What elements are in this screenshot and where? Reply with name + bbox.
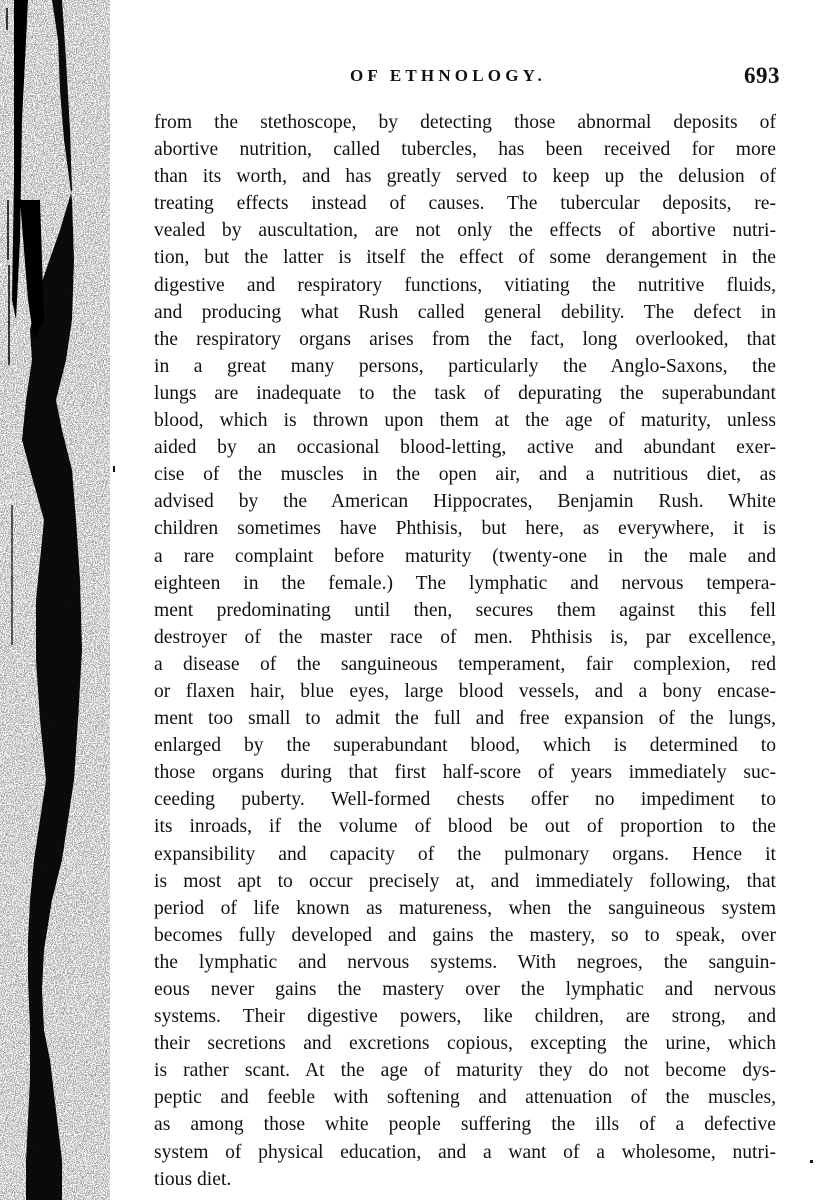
text-line: eighteen in the female.) The lymphatic a… <box>154 570 776 597</box>
text-line: aided by an occasional blood-letting, ac… <box>154 434 776 461</box>
text-line: eous never gains the mastery over the ly… <box>154 976 776 1003</box>
text-line: and producing what Rush called general d… <box>154 299 776 326</box>
text-line: digestive and respiratory functions, vit… <box>154 272 776 299</box>
text-line: vealed by auscultation, are not only the… <box>154 217 776 244</box>
text-line: tion, but the latter is itself the effec… <box>154 244 776 271</box>
text-line: the respiratory organs arises from the f… <box>154 326 776 353</box>
text-line: than its worth, and has greatly served t… <box>154 163 776 190</box>
text-line: cise of the muscles in the open air, and… <box>154 461 776 488</box>
page-header: OF ETHNOLOGY. 693 <box>152 66 780 96</box>
text-line: becomes fully developed and gains the ma… <box>154 922 776 949</box>
text-line: a disease of the sanguineous temperament… <box>154 651 776 678</box>
text-line: is rather scant. At the age of maturity … <box>154 1057 776 1084</box>
text-line: ment predominating until then, secures t… <box>154 597 776 624</box>
text-line: expansibility and capacity of the pulmon… <box>154 841 776 868</box>
text-line: children sometimes have Phthisis, but he… <box>154 515 776 542</box>
text-line: peptic and feeble with softening and att… <box>154 1084 776 1111</box>
text-line: system of physical education, and a want… <box>154 1139 776 1166</box>
text-line: is most apt to occur precisely at, and i… <box>154 868 776 895</box>
text-line: abortive nutrition, called tubercles, ha… <box>154 136 776 163</box>
text-line: ment too small to admit the full and fre… <box>154 705 776 732</box>
text-line: the lymphatic and nervous systems. With … <box>154 949 776 976</box>
scan-speck <box>113 466 115 472</box>
body-paragraph: from the stethoscope, by detecting those… <box>154 109 776 1193</box>
text-line: period of life known as matureness, when… <box>154 895 776 922</box>
text-line: in a great many persons, particularly th… <box>154 353 776 380</box>
text-line: their secretions and excretions copious,… <box>154 1030 776 1057</box>
text-line: advised by the American Hippocrates, Ben… <box>154 488 776 515</box>
text-line: from the stethoscope, by detecting those… <box>154 109 776 136</box>
text-line: lungs are inadequate to the task of depu… <box>154 380 776 407</box>
binding-shadow <box>0 0 110 1200</box>
text-line: destroyer of the master race of men. Pht… <box>154 624 776 651</box>
text-line: systems. Their digestive powers, like ch… <box>154 1003 776 1030</box>
page-number: 693 <box>744 63 780 89</box>
text-line-final: tious diet. <box>154 1166 776 1193</box>
text-line: its inroads, if the volume of blood be o… <box>154 813 776 840</box>
scan-speck <box>810 1160 813 1163</box>
text-line: as among those white people suffering th… <box>154 1111 776 1138</box>
text-line: those organs during that first half-scor… <box>154 759 776 786</box>
text-line: blood, which is thrown upon them at the … <box>154 407 776 434</box>
text-line: treating effects instead of causes. The … <box>154 190 776 217</box>
text-line: ceeding puberty. Well-formed chests offe… <box>154 786 776 813</box>
running-head: OF ETHNOLOGY. <box>350 66 546 86</box>
text-line: a rare complaint before maturity (twenty… <box>154 543 776 570</box>
text-line: or flaxen hair, blue eyes, large blood v… <box>154 678 776 705</box>
text-line: enlarged by the superabundant blood, whi… <box>154 732 776 759</box>
